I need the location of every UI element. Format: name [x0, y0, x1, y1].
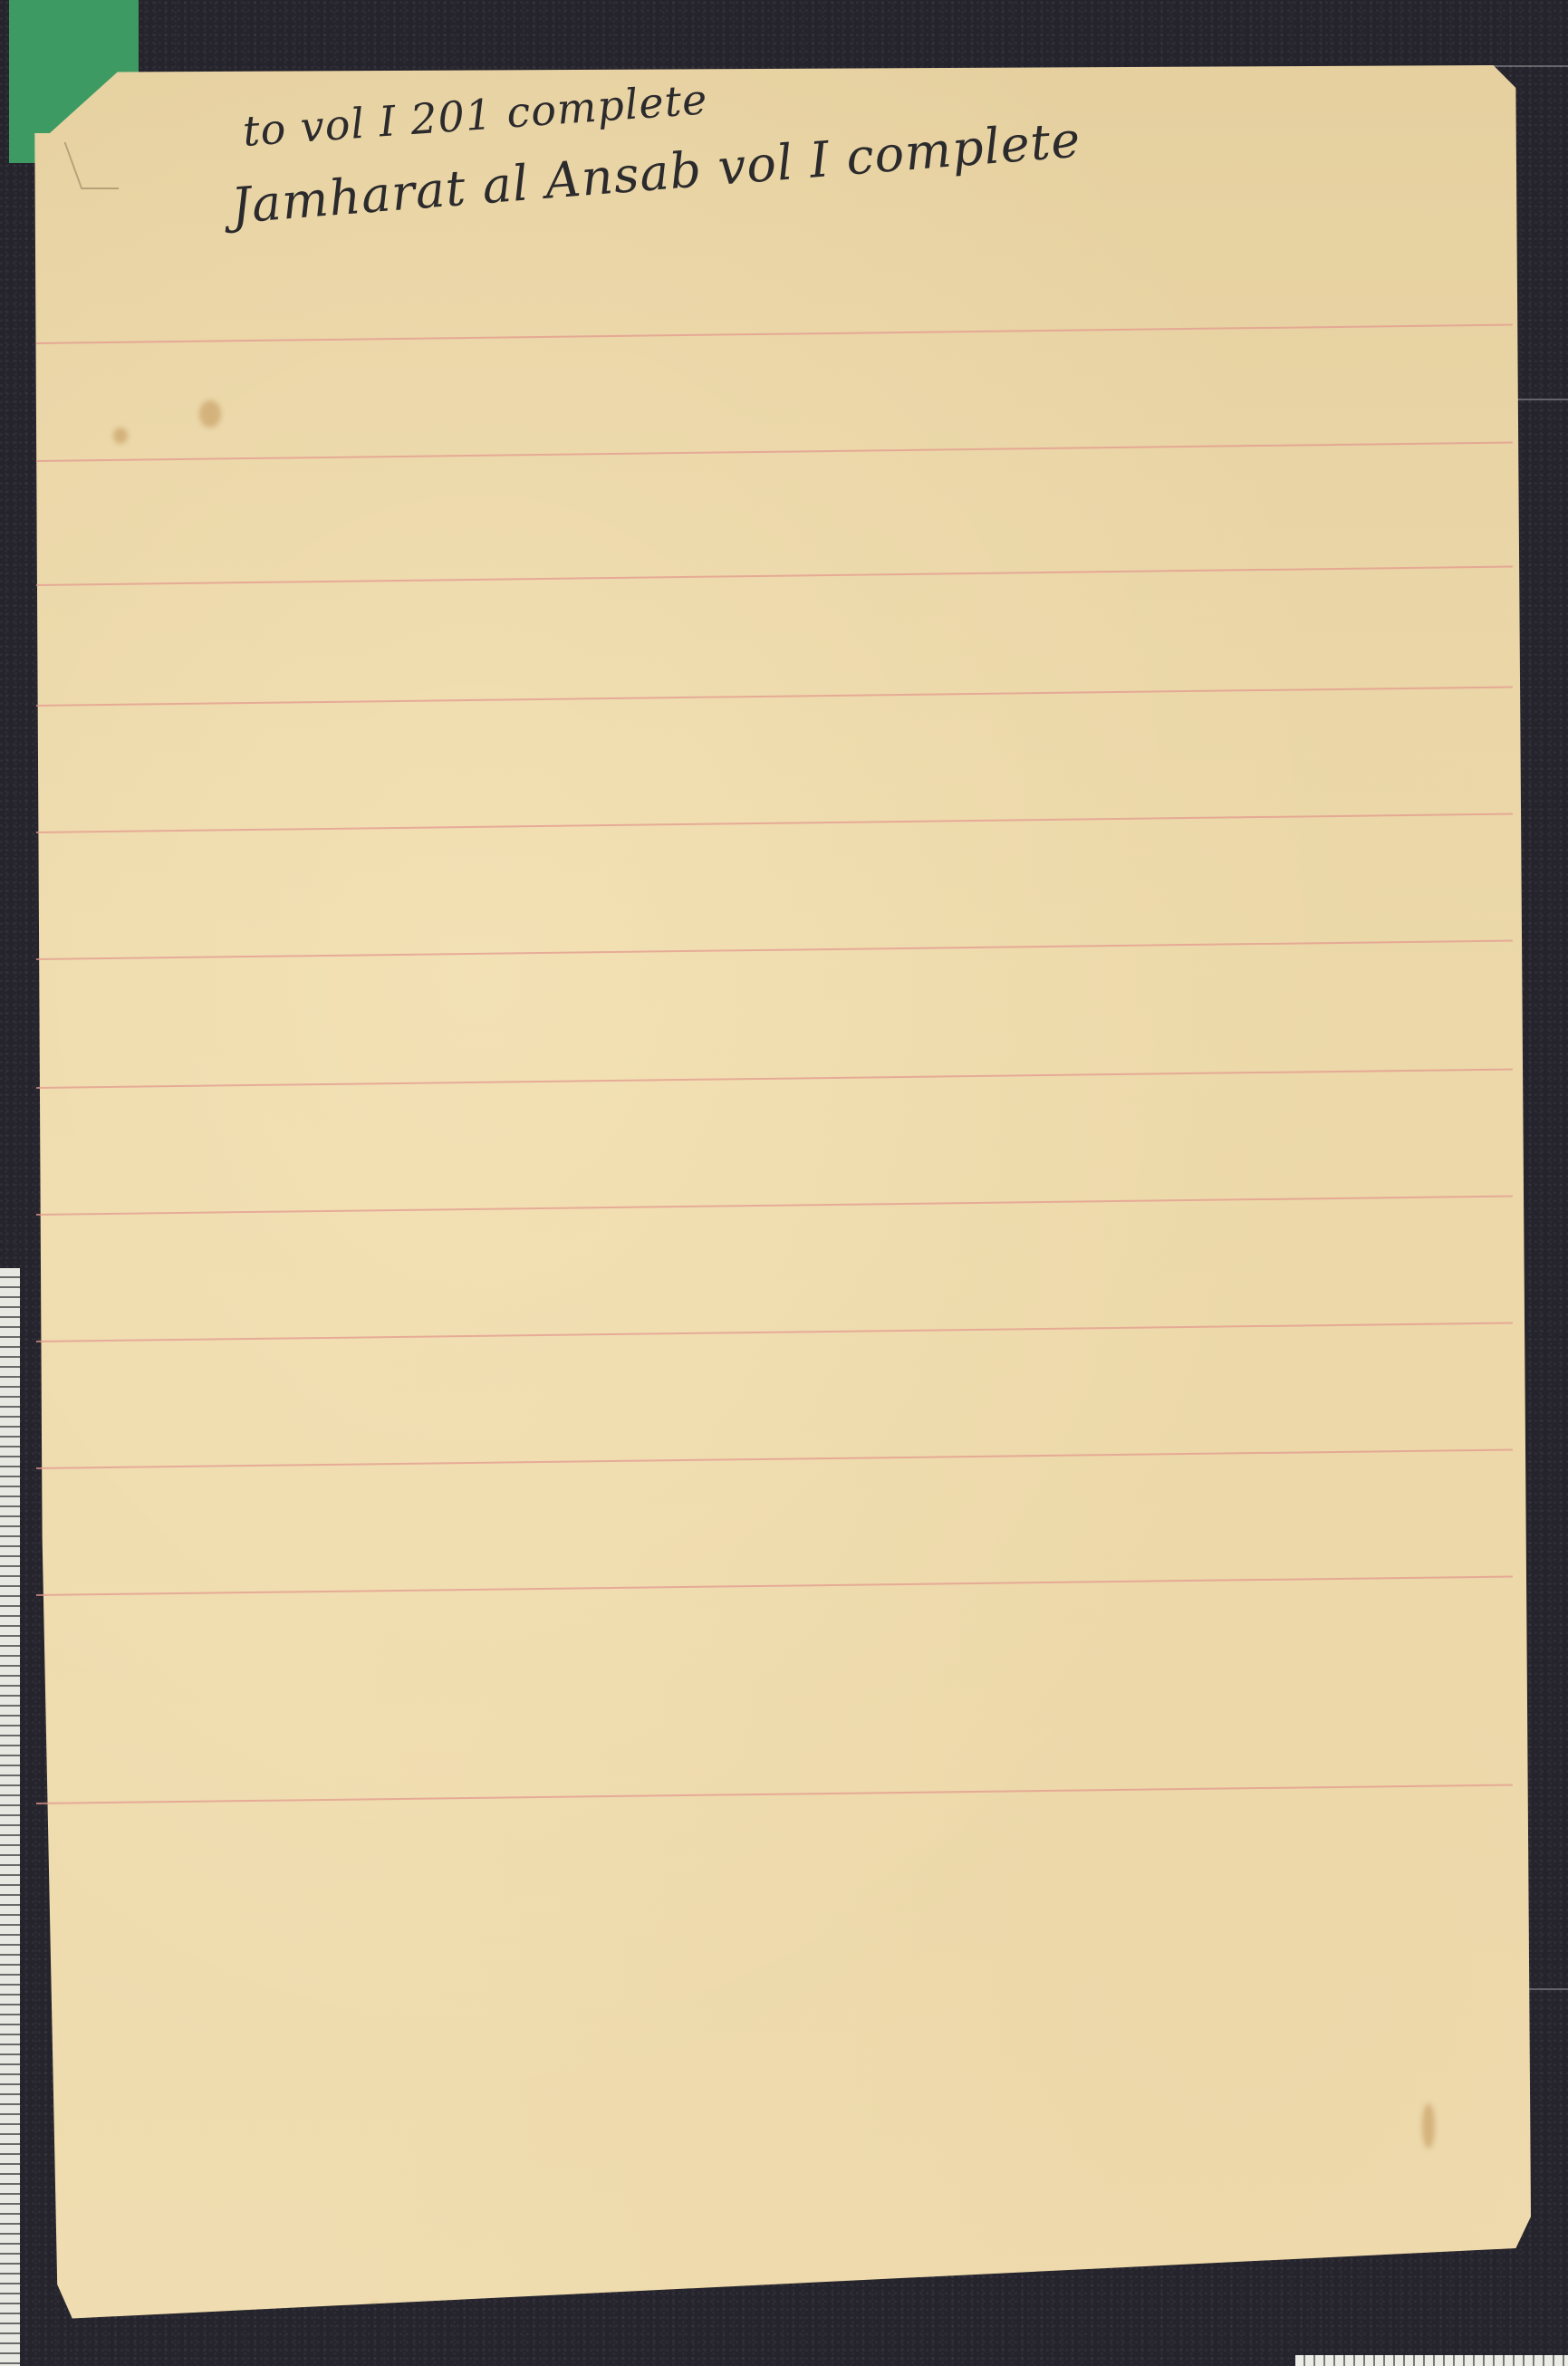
scale-ruler-left — [0, 1268, 20, 2366]
stain — [1422, 2103, 1435, 2149]
stain — [199, 400, 221, 428]
stain — [113, 428, 128, 444]
folded-corner — [64, 142, 120, 189]
scale-ruler-bottom — [1295, 2355, 1568, 2366]
